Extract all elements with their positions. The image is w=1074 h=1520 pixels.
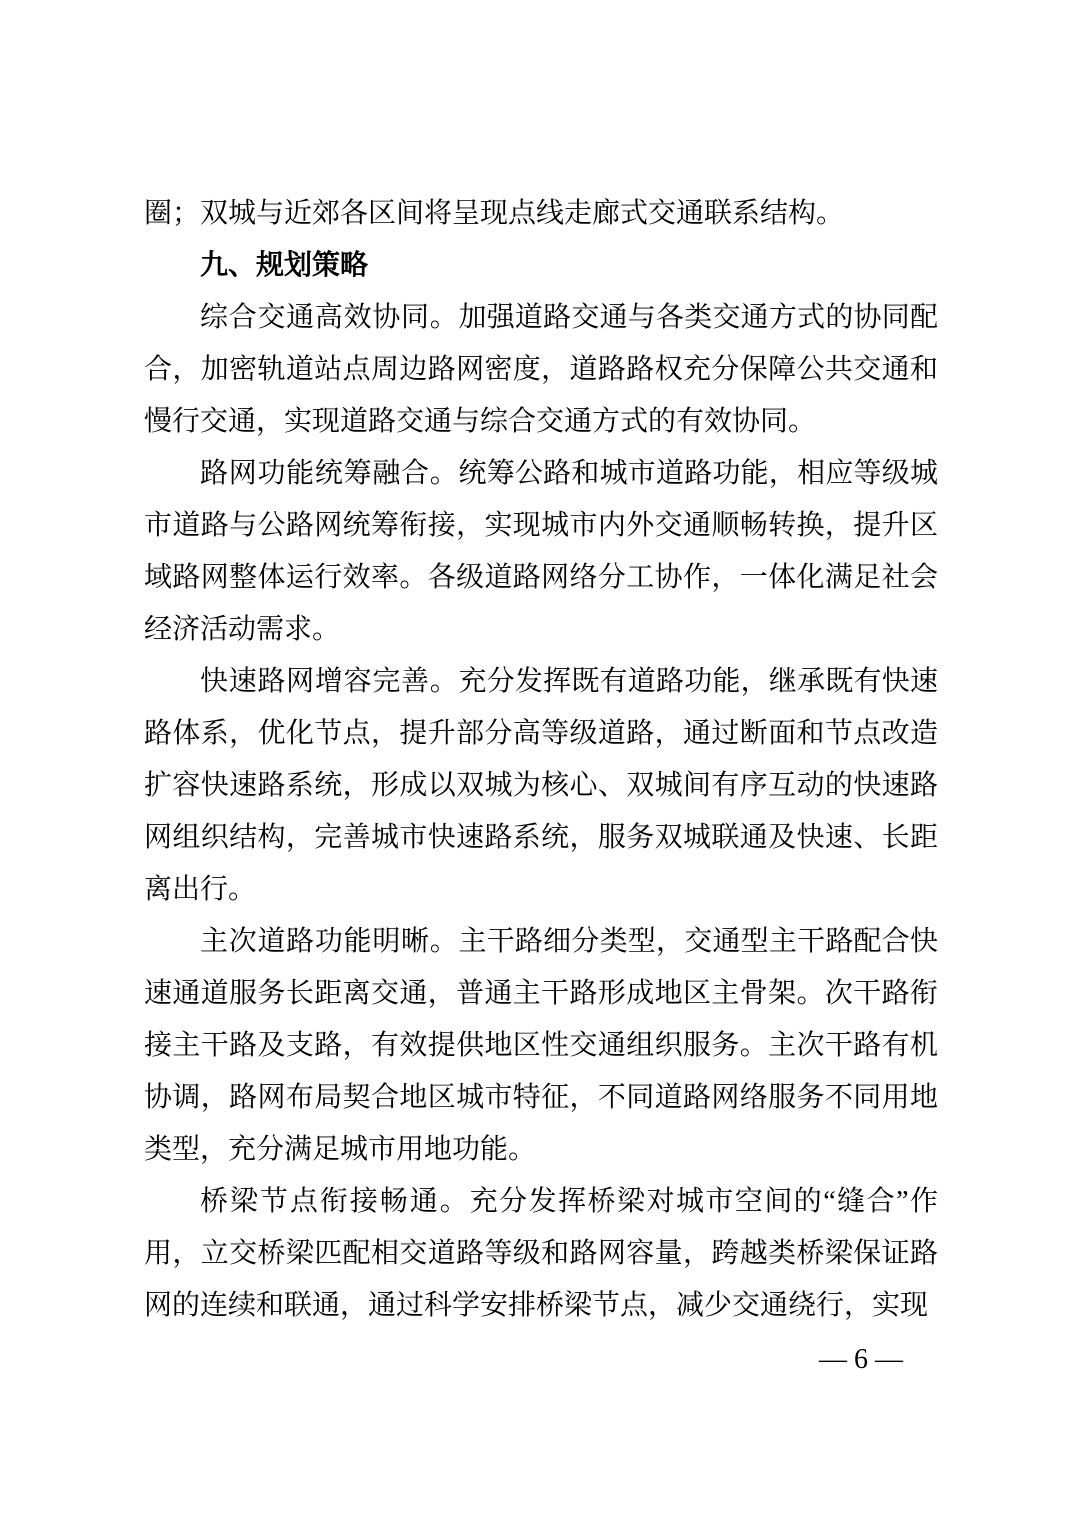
section-heading: 九、规划策略 [144,240,938,292]
continuation-line: 圈；双城与近郊各区间将呈现点线走廊式交通联系结构。 [144,188,938,240]
paragraph-lead: 桥梁节点衔接畅通。 [200,1186,470,1217]
paragraph: 主次道路功能明晰。主干路细分类型，交通型主干路配合快速通道服务长距离交通，普通主… [144,916,938,1176]
paragraph-body: 充分发挥既有道路功能，继承既有快速路体系，优化节点，提升部分高等级道路，通过断面… [144,666,938,905]
paragraph-lead: 综合交通高效协同。 [200,302,458,333]
paragraph: 快速路网增容完善。充分发挥既有道路功能，继承既有快速路体系，优化节点，提升部分高… [144,656,938,916]
paragraph-lead: 快速路网增容完善。 [200,666,458,697]
paragraph-lead: 主次道路功能明晰。 [200,926,458,957]
paragraph: 路网功能统筹融合。统筹公路和城市道路功能，相应等级城市道路与公路网统筹衔接，实现… [144,448,938,656]
paragraph: 综合交通高效协同。加强道路交通与各类交通方式的协同配合，加密轨道站点周边路网密度… [144,292,938,448]
paragraph: 桥梁节点衔接畅通。充分发挥桥梁对城市空间的“缝合”作用，立交桥梁匹配相交道路等级… [144,1176,938,1332]
document-page: 圈；双城与近郊各区间将呈现点线走廊式交通联系结构。 九、规划策略 综合交通高效协… [0,0,1074,1520]
paragraph-lead: 路网功能统筹融合。 [200,458,458,489]
paragraph-body: 主干路细分类型，交通型主干路配合快速通道服务长距离交通，普通主干路形成地区主骨架… [144,926,938,1165]
page-number: — 6 — [819,1342,903,1378]
